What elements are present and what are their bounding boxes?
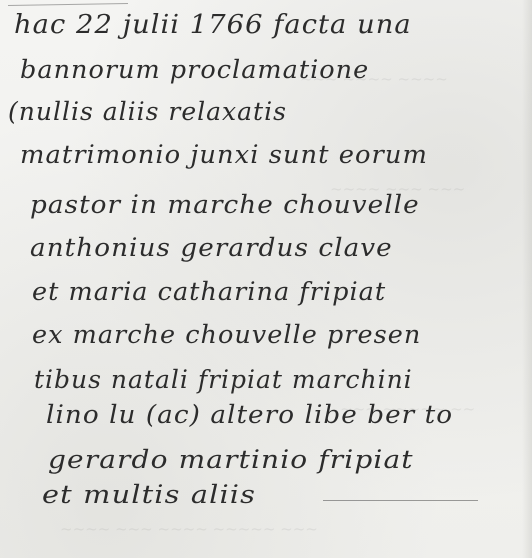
manuscript-line-9: tibus natali fripiat marchini <box>34 365 413 394</box>
manuscript-line-1: hac 22 julii 1766 facta una <box>14 10 412 40</box>
manuscript-line-2: bannorum proclamatione <box>20 55 369 84</box>
manuscript-line-7: et maria catharina fripiat <box>32 277 386 306</box>
manuscript-line-8: ex marche chouvelle presen <box>32 320 421 349</box>
top-rule-stroke <box>8 3 128 6</box>
register-page: ~~~ ~~~~ ~~~~ ~~~~ ~~~ ~~~ ~~~ ~~~~~ ~~ … <box>0 0 532 558</box>
manuscript-line-4: matrimonio junxi sunt eorum <box>20 140 428 169</box>
manuscript-line-6: anthonius gerardus clave <box>30 233 393 262</box>
manuscript-line-11: gerardo martinio fripiat <box>48 445 414 474</box>
manuscript-line-5: pastor in marche chouvelle <box>30 190 420 219</box>
manuscript-line-10: lino lu (ac) altero libe ber to <box>46 400 453 429</box>
bleed-through-text: ~~~~ ~~~ ~~~~ ~~~~~ ~~~ <box>60 520 318 538</box>
manuscript-line-12: et multis aliis <box>42 480 256 509</box>
manuscript-line-3: (nullis aliis relaxatis <box>8 97 287 126</box>
page-edge-shadow <box>522 0 532 558</box>
closing-rule-stroke <box>323 500 478 501</box>
